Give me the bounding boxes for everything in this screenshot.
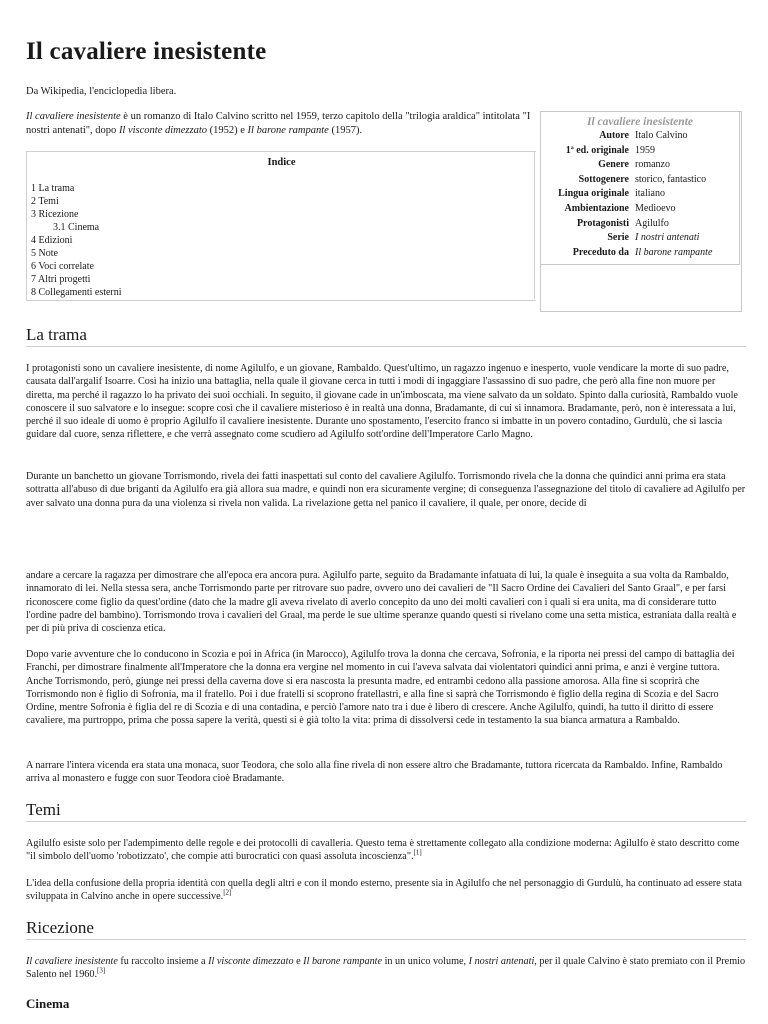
- infobox-label: Ambientazione: [541, 202, 635, 217]
- infobox-label: Autore: [541, 129, 635, 144]
- infobox-value[interactable]: I nostri antenati: [635, 231, 739, 246]
- infobox-row: Preceduto daIl barone rampante: [541, 246, 739, 261]
- toc-item[interactable]: 2 Temi: [31, 195, 536, 208]
- section-heading-ricezione: Ricezione: [26, 918, 94, 938]
- toc-item[interactable]: 8 Collegamenti esterni: [31, 286, 536, 299]
- infobox-value: storico, fantastico: [635, 173, 739, 188]
- infobox-label: Protagonisti: [541, 217, 635, 232]
- infobox-row: AutoreItalo Calvino: [541, 129, 739, 144]
- infobox-row: SerieI nostri antenati: [541, 231, 739, 246]
- toc-item[interactable]: 7 Altri progetti: [31, 273, 536, 286]
- infobox-label: Lingua originale: [541, 187, 635, 202]
- link-barone[interactable]: Il barone rampante: [248, 125, 329, 136]
- reference-3[interactable]: [3]: [97, 967, 105, 975]
- subsection-heading-cinema: Cinema: [26, 996, 69, 1012]
- toc-item[interactable]: 6 Voci correlate: [31, 260, 536, 273]
- infobox-row: AmbientazioneMedioevo: [541, 202, 739, 217]
- toc-item[interactable]: 4 Edizioni: [31, 234, 536, 247]
- page-title: Il cavaliere inesistente: [26, 38, 266, 66]
- reference-2[interactable]: [2]: [223, 889, 231, 897]
- infobox-label: Genere: [541, 158, 635, 173]
- infobox-row: Sottogenerestorico, fantastico: [541, 173, 739, 188]
- section-heading-la-trama: La trama: [26, 325, 87, 345]
- section-divider: [26, 821, 746, 822]
- infobox-table: Il cavaliere inesistente AutoreItalo Cal…: [541, 112, 740, 265]
- infobox-row: ProtagonistiAgilulfo: [541, 217, 739, 232]
- section-divider: [26, 346, 746, 347]
- paragraph-temi-2: L'idea della confusione della propria id…: [26, 877, 746, 904]
- infobox-label: Preceduto da: [541, 246, 635, 261]
- paragraph-trama-4: Dopo varie avventure che lo conducono in…: [26, 648, 746, 728]
- paragraph-ricezione: Il cavaliere inesistente fu raccolto ins…: [26, 955, 746, 982]
- toc-item[interactable]: 5 Note: [31, 247, 536, 260]
- paragraph-trama-5: A narrare l'intera vicenda era stata una…: [26, 759, 746, 786]
- toc-list: 1 La trama2 Temi3 Ricezione3.1 Cinema4 E…: [31, 182, 536, 299]
- infobox-row: Lingua originaleitaliano: [541, 187, 739, 202]
- section-heading-temi: Temi: [26, 800, 61, 820]
- link-visconte[interactable]: Il visconte dimezzato: [119, 125, 207, 136]
- toc-border: [534, 151, 535, 299]
- infobox-value: Agilulfo: [635, 217, 739, 232]
- infobox-value: 1959: [635, 144, 739, 159]
- infobox-label: 1ª ed. originale: [541, 144, 635, 159]
- paragraph-trama-1: I protagonisti sono un cavaliere inesist…: [26, 362, 746, 442]
- infobox-value: Italo Calvino: [635, 129, 739, 144]
- link-visconte[interactable]: Il visconte dimezzato: [208, 956, 293, 967]
- infobox-value: italiano: [635, 187, 739, 202]
- section-divider: [26, 939, 746, 940]
- toc-item[interactable]: 3.1 Cinema: [31, 221, 536, 234]
- paragraph-trama-2: Durante un banchetto un giovane Torrismo…: [26, 470, 746, 510]
- intro-work-title: Il cavaliere inesistente: [26, 111, 121, 122]
- infobox-value: romanzo: [635, 158, 739, 173]
- toc-item[interactable]: 1 La trama: [31, 182, 536, 195]
- toc-heading: Indice: [27, 157, 536, 168]
- infobox-label: Serie: [541, 231, 635, 246]
- reference-1[interactable]: [1]: [414, 849, 422, 857]
- paragraph-trama-3: andare a cercare la ragazza per dimostra…: [26, 569, 746, 635]
- link-nostri-antenati[interactable]: I nostri antenati: [469, 956, 535, 967]
- toc-item[interactable]: 3 Ricezione: [31, 208, 536, 221]
- paragraph-temi-1: Agilulfo esiste solo per l'adempimento d…: [26, 837, 746, 864]
- infobox-row: Genereromanzo: [541, 158, 739, 173]
- infobox: Il cavaliere inesistente AutoreItalo Cal…: [540, 111, 742, 312]
- intro-paragraph: Il cavaliere inesistente è un romanzo di…: [26, 110, 531, 138]
- infobox-label: Sottogenere: [541, 173, 635, 188]
- table-of-contents: Indice 1 La trama2 Temi3 Ricezione3.1 Ci…: [26, 151, 536, 301]
- site-tagline: Da Wikipedia, l'enciclopedia libera.: [26, 86, 176, 97]
- infobox-value: Medioevo: [635, 202, 739, 217]
- infobox-row: 1ª ed. originale1959: [541, 144, 739, 159]
- link-barone[interactable]: Il barone rampante: [303, 956, 382, 967]
- infobox-value[interactable]: Il barone rampante: [635, 246, 739, 261]
- infobox-title: Il cavaliere inesistente: [541, 116, 739, 128]
